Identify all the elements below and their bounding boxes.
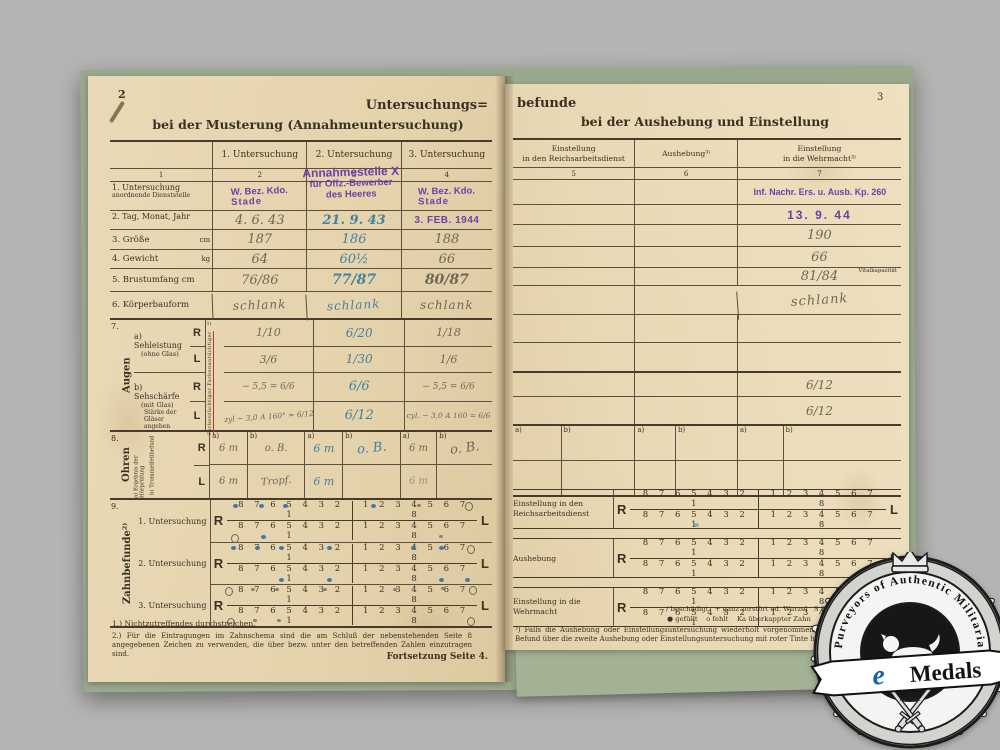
right-ear-marker: R — [194, 432, 209, 466]
organ-label-augen: Augen — [120, 320, 134, 430]
vision-value: 6/12 — [737, 397, 901, 424]
emedals-watermark: Purveyors of Authentic Militaria — [810, 552, 1000, 750]
continuation-note: Fortsetzung Seite 4. — [338, 652, 488, 662]
right-eye-marker: R — [190, 373, 205, 402]
value: 80/87 — [401, 269, 492, 291]
vision-value: zyl − 3,0 A 160° = 6/12 — [223, 398, 315, 433]
teeth-schema: R 8 7 6 5 4 3 2 11 2 3 4 5 6 7 8 8 7 6 5… — [211, 543, 492, 586]
value: 76/86 — [212, 269, 306, 291]
row-label: 3. Größe — [112, 235, 150, 245]
value: 64 — [212, 250, 306, 268]
vision-value: 6/12 — [737, 373, 901, 396]
value: 187 — [212, 230, 306, 249]
teeth-schema: R 8 7 6 5 4 3 2 11 2 3 4 5 6 7 8 8 7 6 5… — [211, 500, 492, 543]
vision-value: 1/10 — [224, 320, 314, 347]
col-num: 1 — [110, 169, 212, 181]
left-ear-marker: L — [194, 466, 209, 499]
eye-a-sublabel: (ohne Glas) — [134, 350, 190, 358]
row-label: 1. Untersuchung — [112, 183, 210, 192]
header-untersuchungs: Untersuchungs= — [328, 98, 488, 113]
page-left-title: bei der Musterung (Annahmeuntersuchung) — [138, 117, 478, 132]
musterung-table: 1. Untersuchung 2. Untersuchung 3. Unter… — [110, 140, 492, 628]
date-stamp: 3. FEB. 1944 — [401, 211, 492, 229]
col-num: 7 — [737, 168, 901, 179]
row-sublabel: anordnende Dienststelle — [112, 192, 210, 199]
value: schlank — [306, 290, 401, 321]
crown-icon — [892, 552, 928, 572]
value: 188 — [401, 230, 492, 249]
left-eye-marker: L — [190, 402, 205, 430]
page-left: 2 Untersuchungs= bei der Musterung (Anna… — [88, 76, 505, 682]
ear-a-label: a) Ergebnis der Hörprüfung — [133, 432, 146, 498]
page-number-right: 3 — [877, 92, 883, 103]
vision-value: 1/6 — [405, 347, 492, 374]
eardrum-value: o. B. — [265, 443, 288, 454]
stamp-annahmestelle: Annahmestelle X für Offz.-Bewerber des H… — [286, 164, 417, 201]
col-header: Aushebung³⁾ — [634, 140, 736, 167]
unit-label: cm — [200, 236, 211, 244]
section-number: 7. — [110, 320, 120, 430]
hearing-value: 6 m — [219, 443, 238, 454]
teeth-row-label: Aushebung — [513, 554, 556, 563]
col-header: Einstellung — [798, 144, 842, 153]
eardrum-value: Tropf. — [261, 475, 292, 489]
vision-value: − 5,5 = 6/6 — [405, 373, 492, 401]
organ-label-ohren: Ohren — [120, 432, 133, 498]
col-header: Einstellung — [552, 144, 596, 153]
value: 190 — [737, 225, 901, 246]
value: 66 — [401, 250, 492, 268]
right-eye-marker: R — [190, 320, 205, 347]
value: schlank — [401, 292, 492, 318]
col-header: in den Reichsarbeitsdienst — [522, 154, 625, 163]
col-header: 1. Untersuchung — [212, 142, 306, 168]
teeth-row-label: Wehrmacht — [513, 607, 613, 617]
teeth-row-label: Einstellung in den — [513, 499, 613, 509]
hearing-value: 6 m — [219, 476, 238, 487]
unit-label: kg — [201, 255, 210, 263]
col-header: in die Wehrmacht³⁾ — [783, 154, 856, 163]
photo-scene: 2 Untersuchungs= bei der Musterung (Anna… — [0, 0, 1000, 750]
value: 186 — [306, 230, 400, 249]
row-label: 5. Brustumfang cm — [110, 269, 212, 291]
eye-b-sublabel: (mit Glas) — [134, 401, 190, 409]
brand-medals: Medals — [909, 657, 982, 687]
date-value: 4. 6. 43 — [212, 211, 306, 229]
teeth-schema: R 8 7 6 5 4 3 2 11 2 3 4 5 6 7 8 8 7 6 5… — [614, 490, 901, 528]
value: schlank — [212, 290, 307, 319]
section-number: 8. — [110, 432, 120, 498]
page-right-title: bei der Aushebung und Einstellung — [535, 114, 875, 129]
vision-value: cyl. − 3,0 A 160 = 6/6 — [405, 402, 492, 430]
vision-value: 3/6 — [224, 347, 314, 374]
col-num: 6 — [634, 168, 736, 179]
hearing-value: 6 m — [409, 476, 428, 487]
vision-value: 1/30 — [314, 347, 404, 374]
teeth-row-label: 2. Untersuchung — [135, 542, 210, 584]
teeth-row-label: Einstellung in die — [513, 597, 613, 607]
value: 77/87 — [306, 269, 400, 291]
aushebung-table: Einstellung in den Reichsarbeitsdienst A… — [513, 138, 901, 497]
eye-a-label: a) Sehleistung — [134, 332, 190, 350]
stamp-wbezkdo: W. Bez. Kdo.Stade — [418, 186, 475, 206]
hearing-value: 6 m — [313, 442, 334, 455]
date-value: 21. 9. 43 — [306, 211, 400, 229]
hearing-value: 6 m — [313, 475, 334, 488]
teeth-row-label: 1. Untersuchung — [135, 500, 210, 542]
vision-value: 6/6 — [314, 373, 404, 401]
footnote-1: 1.) Nichtzutreffendes durchstreichen. — [112, 619, 487, 628]
value: 66 — [737, 247, 901, 267]
value: 60½ — [306, 250, 400, 268]
row-label: 2. Tag, Monat, Jahr — [110, 211, 212, 229]
vision-value: 6/20 — [314, 320, 404, 347]
vision-value: 1/18 — [405, 320, 492, 347]
eardrum-value: o. B. — [449, 439, 480, 458]
vision-value: − 5,5 = 6/6 — [224, 373, 314, 401]
stamp-wbezkdo: W. Bez. Kdo.Stade — [231, 186, 289, 207]
vision-value: 6/12 — [314, 402, 404, 430]
section-number: 9. — [110, 500, 120, 626]
stamp-unit: Inf. Nachr. Ers. u. Ausb. Kp. 260 — [753, 187, 886, 197]
brand-e: e — [871, 660, 886, 692]
teeth-group-label: Zahnbefunde²⁾ — [120, 500, 135, 626]
value: schlank — [736, 280, 902, 319]
teeth-row-label: Reichsarbeitsdienst — [513, 509, 613, 519]
eardrum-value: o. B. — [356, 439, 387, 457]
hearing-value: 6 m — [409, 443, 428, 454]
eye-b-sublabel2: Stärke der Gläser angeben — [134, 409, 190, 430]
ear-b-label: b) Trommelfellbefund — [146, 432, 159, 498]
vitalkapazitaet-label: Vitalkapazität — [858, 268, 897, 274]
eye-b-label: b) Sehschärfe — [134, 383, 190, 401]
book-gutter-shadow — [495, 76, 513, 682]
row-label: 4. Gewicht — [112, 254, 158, 264]
col-num: 5 — [513, 168, 634, 179]
page-number-left: 2 — [118, 88, 126, 101]
brand-established: Est. 1981 — [900, 697, 921, 703]
header-befunde: befunde — [517, 96, 576, 111]
left-eye-marker: L — [190, 347, 205, 373]
date-stamp: 13. 9. 44 — [787, 208, 852, 222]
color-vision-strip: 1) Farbentüchtiger Farbenuntüchtiger — [207, 321, 223, 429]
pen-stroke — [109, 101, 125, 123]
row-label: 6. Körperbauform — [110, 292, 212, 318]
